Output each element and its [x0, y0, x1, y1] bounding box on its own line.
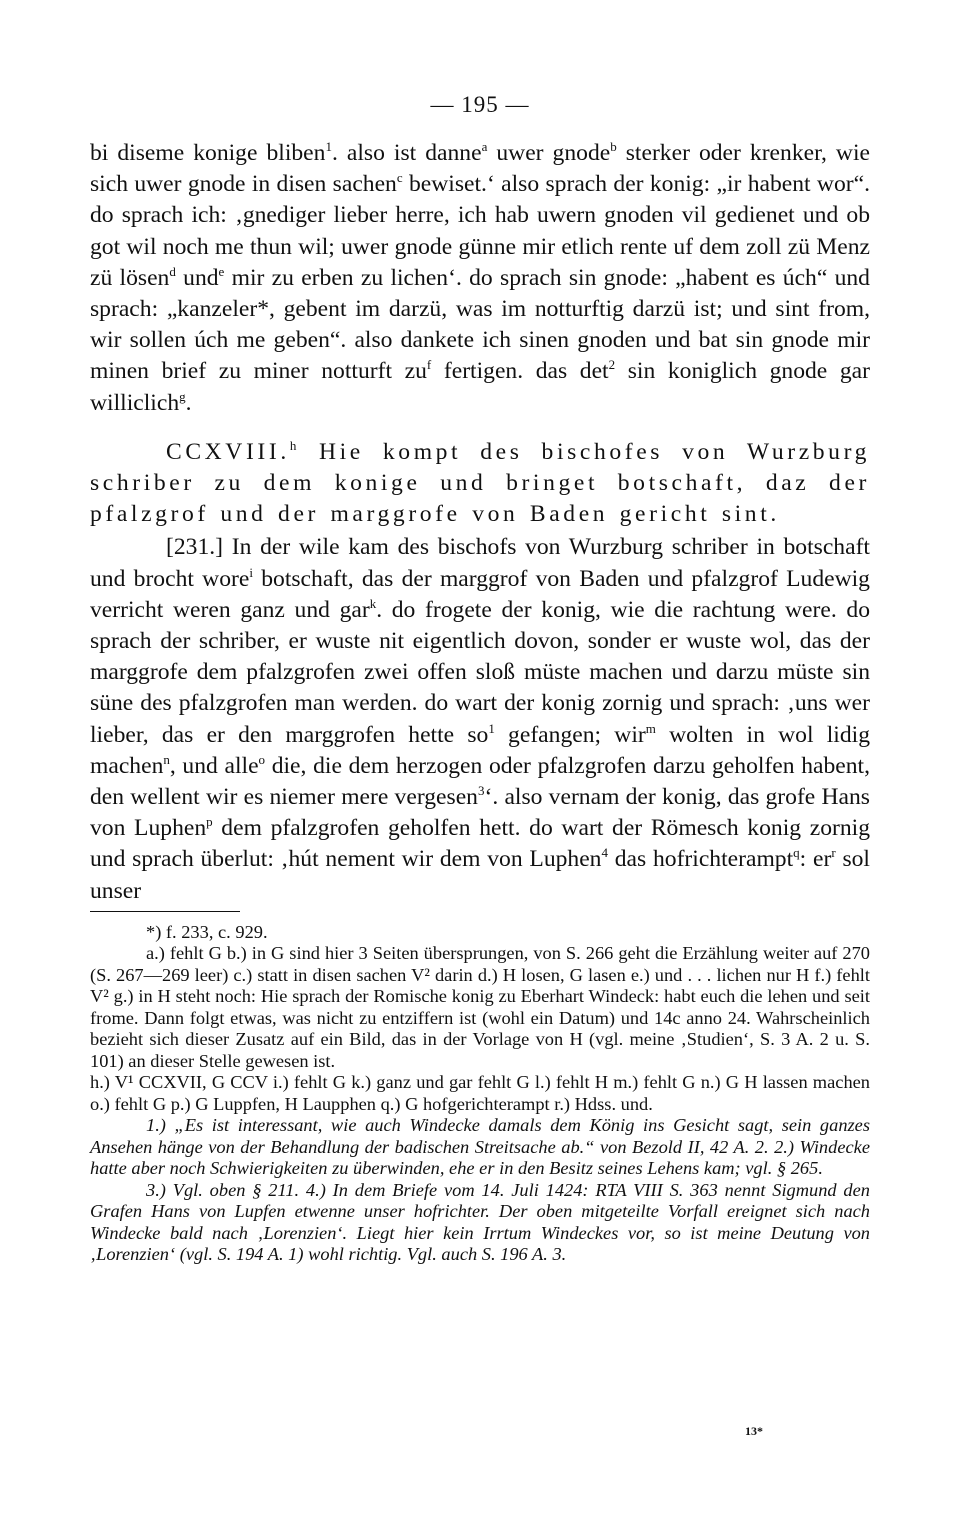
- variant-notes-a-g: a.) fehlt G b.) in G sind hier 3 Seiten …: [90, 943, 870, 1072]
- chapter-number: CCXVIII.: [166, 439, 290, 465]
- chapter-heading: CCXVIII.h Hie kompt des bischofes von Wu…: [90, 437, 870, 531]
- paragraph-1: bi diseme konige bliben1. also ist danne…: [90, 138, 870, 419]
- main-text: bi diseme konige bliben1. also ist danne…: [90, 138, 870, 907]
- page-number: — 195 —: [90, 92, 870, 118]
- paragraph-231: [231.] In der wile kam des bischofs von …: [90, 532, 870, 906]
- footnote-star: *) f. 233, c. 929.: [90, 922, 870, 944]
- signature-mark: 13*: [745, 1424, 763, 1439]
- footnote-3-4: 3.) Vgl. oben § 211. 4.) In dem Briefe v…: [90, 1180, 870, 1266]
- variant-notes-h-r: h.) V¹ CCXVII, G CCV i.) fehlt G k.) gan…: [90, 1072, 870, 1115]
- variant-ref: h: [290, 438, 300, 453]
- book-page: — 195 — bi diseme konige bliben1. also i…: [90, 92, 870, 1266]
- footnote-1: 1.) „Es ist interessant, wie auch Windec…: [90, 1115, 870, 1180]
- footnote-divider: [90, 911, 240, 912]
- footnotes: *) f. 233, c. 929. a.) fehlt G b.) in G …: [90, 922, 870, 1266]
